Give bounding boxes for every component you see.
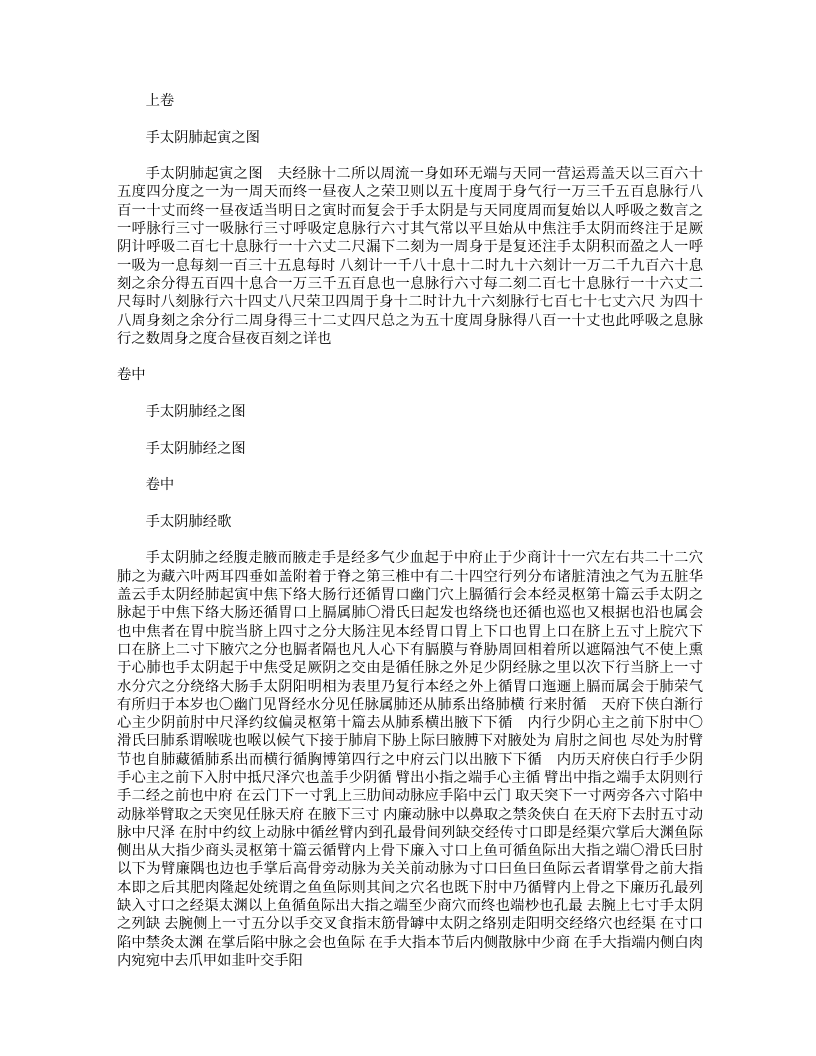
volume-middle-heading: 卷中 — [117, 366, 703, 384]
document-page: 上卷 手太阴肺起寅之图 手太阴肺起寅之图 夫经脉十二所以周流一身如环无端与天同一… — [0, 0, 816, 1056]
song-title-lung-meridian: 手太阴肺经歌 — [117, 513, 703, 531]
paragraph-meridian-circulation: 手太阴肺起寅之图 夫经脉十二所以周流一身如环无端与天同一营运焉盖天以三百六十五度… — [117, 165, 703, 348]
figure-title-lung-meridian-1: 手太阴肺经之图 — [117, 403, 703, 421]
figure-title-lung-meridian-2: 手太阴肺经之图 — [117, 440, 703, 458]
volume-upper-heading: 上卷 — [117, 92, 703, 110]
paragraph-lung-meridian-course: 手太阴肺之经腹走腋而腋走手是经多气少血起于中府止于少商计十一穴左右共二十二穴肺之… — [117, 549, 703, 970]
volume-middle-subheading: 卷中 — [117, 476, 703, 494]
figure-title-lung-qi-yin: 手太阴肺起寅之图 — [117, 129, 703, 147]
